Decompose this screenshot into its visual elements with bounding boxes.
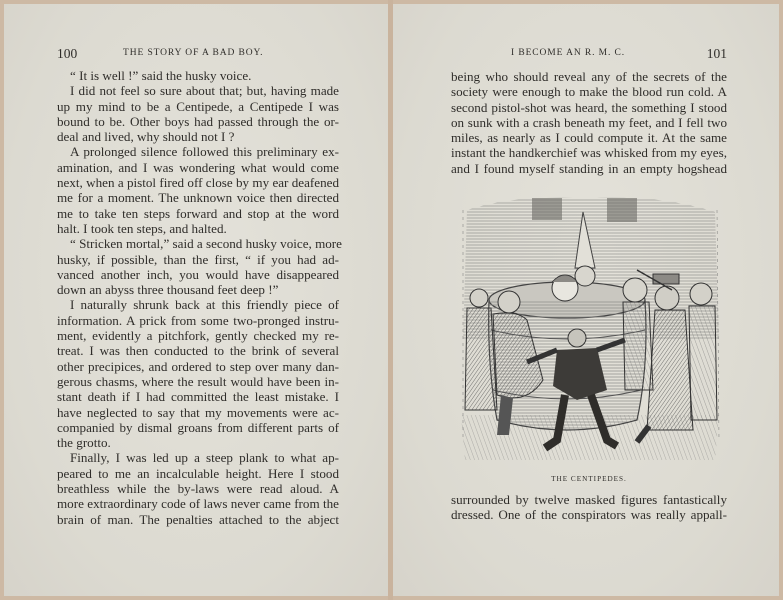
text-line: vanced another inch, you would have disa… — [57, 267, 339, 282]
running-head-right: I BECOME AN R. M. C. 101 — [451, 48, 727, 64]
text-line: brain of man. The penalties attached to … — [57, 512, 339, 527]
running-head-title: I BECOME AN R. M. C. — [511, 48, 625, 58]
figure-caption: THE CENTIPEDES. — [451, 475, 727, 483]
text-line: surrounded by twelve masked figures fant… — [451, 492, 727, 507]
text-line: have neglected to say that my movements … — [57, 405, 339, 420]
illustration-the-centipedes — [457, 190, 723, 462]
text-line: “ It is well !” said the husky voice. — [57, 68, 339, 83]
text-line: deal and lived, why should not I ? — [57, 129, 339, 144]
text-line: Finally, I was led up a steep plank to w… — [57, 450, 339, 465]
text-line: up my mind to be a Centipede, a Centiped… — [57, 99, 339, 114]
text-line: bound to be. Other boys had passed throu… — [57, 114, 339, 129]
text-line: I did not feel so sure about that; but, … — [57, 83, 339, 98]
text-line: information. A prick from some two-prong… — [57, 313, 339, 328]
text-line: peared to me an incalculable height. Her… — [57, 466, 339, 481]
text-line: being who should reveal any of the secre… — [451, 69, 727, 84]
text-line: and I found myself standing in an empty … — [451, 161, 727, 176]
text-line: “ Stricken mortal,” said a second husky … — [57, 236, 339, 251]
text-line: I naturally shrunk back at this friendly… — [57, 297, 339, 312]
text-line: dressed. One of the conspirators was rea… — [451, 507, 727, 522]
text-line: the grotto. — [57, 435, 339, 450]
text-line: instant the handkerchief was whisked fro… — [451, 145, 727, 160]
text-line: society were enough to make the blood ru… — [451, 84, 727, 99]
text-line: other precipices, and ordered to step ov… — [57, 359, 339, 374]
running-head-title: THE STORY OF A BAD BOY. — [123, 48, 263, 58]
left-page: 100 THE STORY OF A BAD BOY. “ It is well… — [4, 4, 388, 596]
running-head-left: 100 THE STORY OF A BAD BOY. — [57, 48, 339, 64]
page-number: 101 — [707, 46, 727, 62]
text-line: me to take ten steps forward and stop at… — [57, 206, 339, 221]
page-number: 100 — [57, 46, 77, 62]
body-text-bottom: surrounded by twelve masked figures fant… — [451, 492, 727, 523]
text-line: miles, as nearly as I could compute it. … — [451, 130, 727, 145]
text-line: halt. I took ten steps, and halted. — [57, 221, 339, 236]
text-line: A prolonged silence followed this prelim… — [57, 144, 339, 159]
text-line: next, when a pistol fired off close by m… — [57, 175, 339, 190]
text-line: husky, if possible, than the first, “ if… — [57, 252, 339, 267]
text-line: companied by dismal groans from differen… — [57, 420, 339, 435]
text-line: me for a moment. The unknown voice then … — [57, 190, 339, 205]
text-line: stant death if I had committed the least… — [57, 389, 339, 404]
text-line: breathless while the by-laws were read a… — [57, 481, 339, 496]
text-line: gerous chasms, where the result would ha… — [57, 374, 339, 389]
text-line: down an abyss three thousand feet deep !… — [57, 282, 339, 297]
text-line: treat. I was then conducted to the brink… — [57, 343, 339, 358]
text-line: more extraordinary code of laws never ca… — [57, 496, 339, 511]
body-text: “ It is well !” said the husky voice.I d… — [57, 68, 339, 527]
text-line: ment, evidently a pitchfork, gently chec… — [57, 328, 339, 343]
engraving-image — [457, 190, 723, 462]
text-line: on sunk with a crash beneath my feet, an… — [451, 115, 727, 130]
text-line: second pistol-shot was heard, the someth… — [451, 100, 727, 115]
text-line: amination, and I was wondering what woul… — [57, 160, 339, 175]
body-text-top: being who should reveal any of the secre… — [451, 69, 727, 176]
right-page: I BECOME AN R. M. C. 101 being who shoul… — [393, 4, 779, 596]
